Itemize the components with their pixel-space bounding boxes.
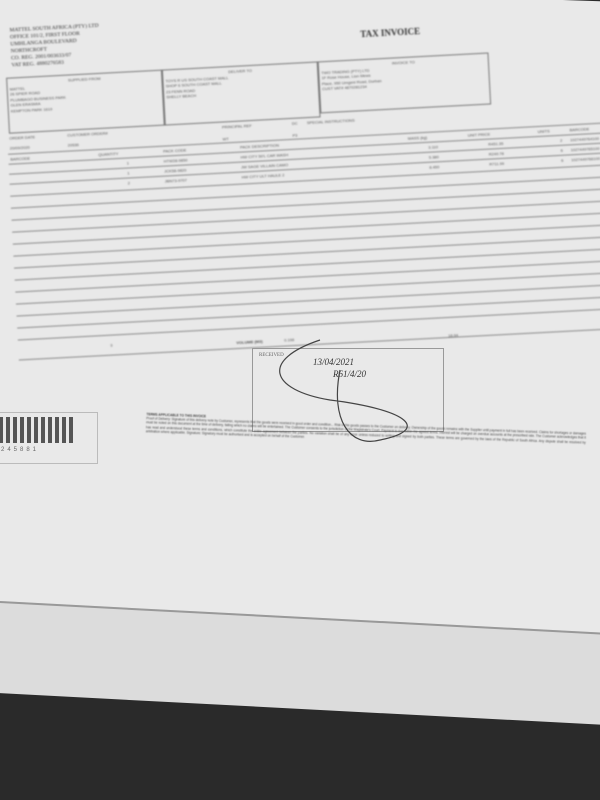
row-code: JCK58-9820 bbox=[164, 167, 186, 173]
supplied-from-box: SUPPLIED FROM MATTEL 26 SPIER ROAD PLUMB… bbox=[6, 70, 165, 134]
col-unit-price: UNIT PRICE bbox=[468, 132, 491, 138]
col-pack-description: PACK DESCRIPTION bbox=[240, 143, 279, 150]
row-mass: 8.450 bbox=[429, 164, 439, 170]
document-title: TAX INVOICE bbox=[360, 26, 420, 39]
col-pack-code: PACK CODE bbox=[163, 147, 186, 153]
volume-label: VOLUME (M3) bbox=[236, 339, 263, 345]
row-qty: 1 bbox=[127, 160, 129, 165]
col-units: UNITS bbox=[537, 128, 549, 134]
row-qty: 2 bbox=[128, 180, 130, 185]
row-units: 6 bbox=[561, 148, 563, 153]
barcode-label: 245881 bbox=[0, 412, 98, 464]
row-mass: 3.110 bbox=[428, 144, 438, 150]
customer-order-label: CUSTOMER ORDER# bbox=[67, 131, 108, 138]
customer-order-value: 20536 bbox=[68, 142, 79, 148]
col-mass: MASS (kg) bbox=[408, 135, 428, 141]
row-price: R451.35 bbox=[488, 141, 503, 147]
dc-value: P3 bbox=[292, 133, 297, 138]
order-date-label: ORDER DATE bbox=[9, 134, 35, 140]
row-mass: 5.380 bbox=[429, 154, 439, 160]
barcode-number: 245881 bbox=[1, 447, 39, 453]
row-barcode: 1027449766100 bbox=[571, 156, 600, 163]
special-instructions-label: SPECIAL INSTRUCTIONS bbox=[307, 118, 355, 125]
principal-ref-value: WT bbox=[222, 136, 228, 141]
row-desc: HW CITY ULT HAULE 2 bbox=[241, 172, 284, 179]
col-barcode-2: BARCODE bbox=[569, 126, 589, 132]
total-quantity: 3 bbox=[110, 343, 112, 348]
col-quantity: QUANTITY bbox=[98, 151, 118, 157]
order-date-value: 20/09/2020 bbox=[10, 145, 30, 151]
principal-ref-label: PRINCIPAL REF bbox=[222, 123, 252, 130]
row-units: 6 bbox=[561, 158, 563, 163]
row-units: 2 bbox=[560, 138, 562, 143]
row-code: JBN73-9707 bbox=[165, 177, 187, 183]
invoice-to-box: INVOICE TO TWO TRADING (PTY) LTD 1F Rose… bbox=[318, 53, 491, 114]
col-barcode: BARCODE bbox=[10, 156, 30, 162]
row-price: R249.78 bbox=[489, 151, 504, 157]
barcode-icon bbox=[0, 417, 73, 443]
row-barcode: 1027449764100 bbox=[570, 136, 599, 143]
row-price: R711.99 bbox=[489, 161, 504, 167]
row-qty: 1 bbox=[127, 170, 129, 175]
row-code: HTW28-9850 bbox=[164, 157, 188, 163]
company-details: MATTEL SOUTH AFRICA (PTY) LTD OFFICE 101… bbox=[9, 23, 100, 70]
row-barcode: 1027449765100 bbox=[570, 146, 599, 153]
invoice-document: MATTEL SOUTH AFRICA (PTY) LTD OFFICE 101… bbox=[0, 0, 600, 619]
dc-label: DC bbox=[292, 121, 298, 126]
deliver-to-box: DELIVER TO TOYS R US SOUTH COAST MALL SH… bbox=[162, 61, 321, 125]
